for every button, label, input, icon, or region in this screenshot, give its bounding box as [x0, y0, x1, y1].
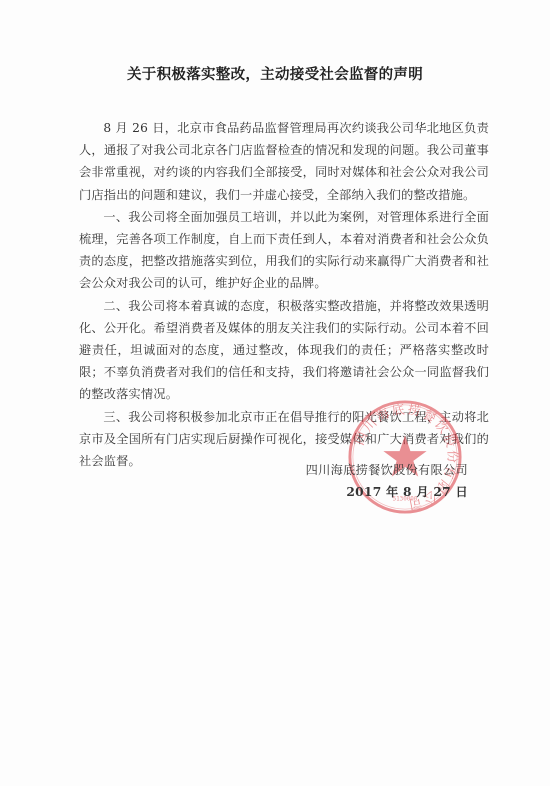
paragraph-point-2: 二、我公司将本着真诚的态度，积极落实整改措施，并将整改效果透明化、公开化。希望消… — [79, 295, 489, 406]
signature-company: 四川海底捞餐饮股份有限公司 — [300, 461, 468, 478]
document-title: 关于积极落实整改，主动接受社会监督的声明 — [0, 63, 550, 84]
paragraph-point-1: 一、我公司将全面加强员工培训，并以此为案例，对管理体系进行全面梳理，完善各项工作… — [79, 206, 489, 295]
signature-date: 2017 年 8 月 27 日 — [300, 483, 468, 500]
document-page: 关于积极落实整改，主动接受社会监督的声明 8 月 26 日，北京市食品药品监督管… — [0, 0, 550, 786]
document-body: 8 月 26 日，北京市食品药品监督管理局再次约谈我公司华北地区负责人，通报了对… — [79, 117, 489, 472]
paragraph-intro: 8 月 26 日，北京市食品药品监督管理局再次约谈我公司华北地区负责人，通报了对… — [79, 117, 489, 206]
